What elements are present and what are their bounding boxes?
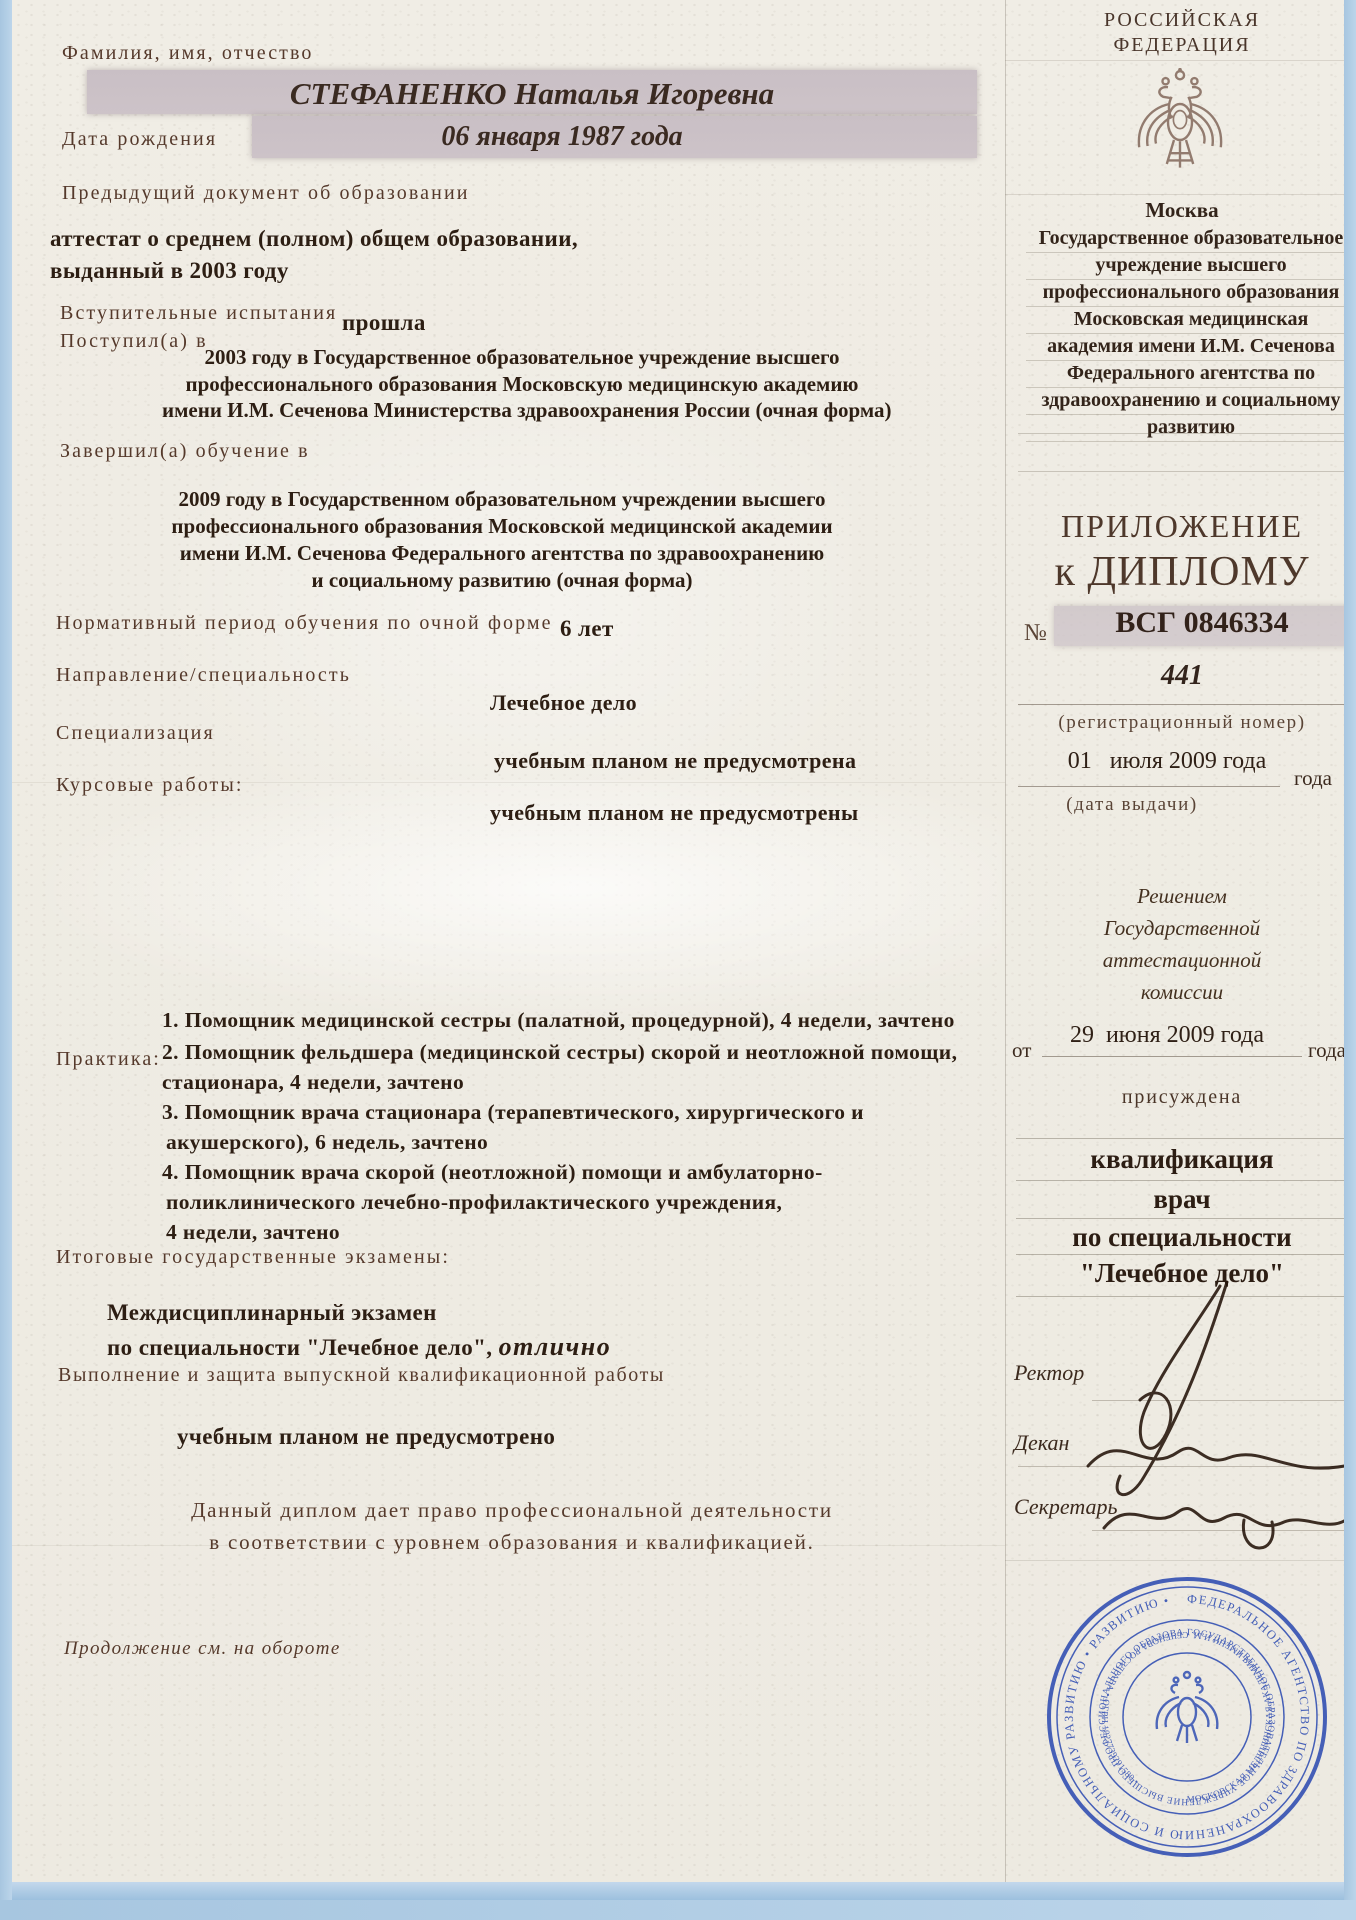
- scan-edge-bottom-strip: [0, 1900, 1356, 1920]
- graduation-line: профессионального образования Московской…: [122, 513, 882, 540]
- graduation-line: 2009 году в Государственном образователь…: [122, 486, 882, 513]
- decision-line3: аттестационной: [1012, 948, 1352, 973]
- signatures-overlay: [992, 1280, 1356, 1570]
- institution-block: Государственное образовательное учрежден…: [1026, 226, 1356, 442]
- graduation-line: имени И.М. Сеченова Федерального агентст…: [122, 540, 882, 567]
- issue-date: 01 июля 2009 года: [1002, 748, 1332, 775]
- panel-line-top-right: [1005, 60, 1344, 61]
- qualification-line2: врач: [1012, 1184, 1352, 1215]
- number-sign: №: [1024, 620, 1047, 647]
- practice-line-4: 3. Помощник врача стационара (терапевтич…: [162, 1100, 864, 1125]
- rector-signature: [1140, 1286, 1220, 1448]
- specialty-value: Лечебное дело: [490, 690, 637, 716]
- previous-education-label: Предыдущий документ об образовании: [62, 182, 470, 205]
- decision-line2: Государственной: [1012, 916, 1352, 941]
- previous-education-line2: выданный в 2003 году: [50, 258, 289, 284]
- document-page: Фамилия, имя, отчество СТЕФАНЕНКО Наталь…: [12, 0, 1344, 1900]
- issue-date-suffix: года: [1294, 766, 1332, 791]
- decision-line1: Решением: [1012, 884, 1352, 909]
- institution-line: учреждение высшего: [1026, 253, 1356, 280]
- practice-line-6: 4. Помощник врача скорой (неотложной) по…: [162, 1160, 823, 1185]
- study-period-value: 6 лет: [560, 616, 614, 642]
- graduation-text: 2009 году в Государственном образователь…: [122, 486, 882, 594]
- institution-line: Московская медицинская: [1026, 307, 1356, 334]
- practice-line-2: 2. Помощник фельдшера (медицинской сестр…: [162, 1040, 957, 1065]
- scan-edge-left: [0, 0, 12, 1920]
- country-header: РОССИЙСКАЯ ФЕДЕРАЦИЯ: [1012, 8, 1352, 58]
- rights-statement-line2: в соответствии с уровнем образования и к…: [112, 1530, 912, 1555]
- column-divider: [1005, 0, 1006, 1900]
- graduation-label: Завершил(а) обучение в: [60, 440, 310, 463]
- rights-statement-line1: Данный диплом дает право профессионально…: [112, 1498, 912, 1523]
- admission-text: 2003 году в Государственное образователь…: [162, 344, 882, 424]
- specialty-label: Направление/специальность: [56, 664, 351, 687]
- institution-line: академия имени И.М. Сеченова: [1026, 334, 1356, 361]
- previous-education-line1: аттестат о среднем (полном) общем образо…: [50, 226, 578, 252]
- city-name: Москва: [1012, 198, 1352, 223]
- qualification-line1: квалификация: [1012, 1144, 1352, 1175]
- secretary-signature: [1104, 1509, 1346, 1528]
- qualification-line3: по специальности: [1012, 1222, 1352, 1253]
- fio-label: Фамилия, имя, отчество: [62, 42, 314, 65]
- rector-signature-stroke: [1117, 1282, 1227, 1495]
- coat-of-arms-icon: [1120, 66, 1240, 190]
- continuation-note: Продолжение см. на обороте: [64, 1638, 341, 1660]
- study-period-label: Нормативный период обучения по очной фор…: [56, 612, 553, 635]
- country-line2: ФЕДЕРАЦИЯ: [1012, 33, 1352, 58]
- admission-line: имени И.М. Сеченова Министерства здравоо…: [162, 397, 882, 424]
- exam-grade: отлично: [499, 1332, 612, 1361]
- birth-date-label: Дата рождения: [62, 128, 217, 151]
- supplement-title-line2: к ДИПЛОМУ: [1012, 548, 1352, 596]
- svg-text:МОСКОВСКАЯ МЕДИЦИНСКАЯ АКАДЕМИ: МОСКОВСКАЯ МЕДИЦИНСКАЯ АКАДЕМИЯ ИМЕНИ И.…: [1100, 1630, 1274, 1804]
- decision-line4: комиссии: [1012, 980, 1352, 1005]
- practice-line-7: поликлинического лечебно-профилактическо…: [166, 1190, 782, 1215]
- decision-date-prefix: от: [1012, 1038, 1031, 1063]
- dean-signature: [1088, 1448, 1354, 1468]
- exam-line-1: Междисциплинарный экзамен: [107, 1300, 437, 1326]
- specialization-value: учебным планом не предусмотрена: [494, 748, 856, 774]
- decision-date-rule: [1042, 1056, 1302, 1057]
- institution-line: Федерального агентства по: [1026, 361, 1356, 388]
- stamp-eagle-icon: [1157, 1672, 1218, 1743]
- institution-line: профессионального образования: [1026, 280, 1356, 307]
- state-exams-label: Итоговые государственные экзамены:: [56, 1246, 450, 1269]
- decision-date: 29 июня 2009 года: [1002, 1022, 1332, 1049]
- exam-line-2: по специальности "Лечебное дело", отличн…: [107, 1332, 611, 1362]
- registration-number: 441: [1012, 660, 1352, 692]
- person-name: СТЕФАНЕНКО Наталья Игоревна: [87, 76, 977, 112]
- coursework-value: учебным планом не предусмотрены: [490, 800, 859, 826]
- admission-line: профессионального образования Московскую…: [162, 371, 882, 398]
- specialization-label: Специализация: [56, 722, 215, 745]
- institution-line: развитию: [1026, 415, 1356, 442]
- practice-line-1: 1. Помощник медицинской сестры (палатной…: [162, 1008, 955, 1033]
- blank-rule-2: [1018, 471, 1350, 472]
- stamp-inner-ring-text: МОСКОВСКАЯ МЕДИЦИНСКАЯ АКАДЕМИЯ ИМЕНИ И.…: [1100, 1630, 1274, 1804]
- decision-date-suffix: года: [1308, 1038, 1346, 1063]
- reg-number-rule: [1018, 704, 1350, 705]
- qual-rule-4: [1016, 1254, 1352, 1255]
- practice-label: Практика:: [56, 1048, 161, 1071]
- qual-rule-2: [1016, 1180, 1352, 1181]
- coursework-label: Курсовые работы:: [56, 774, 244, 797]
- thesis-label: Выполнение и защита выпускной квалификац…: [58, 1364, 665, 1387]
- practice-line-5: акушерского), 6 недель, зачтено: [166, 1130, 488, 1155]
- scan-edge-bottom: [12, 1882, 1344, 1900]
- supplement-title-line1: ПРИЛОЖЕНИЕ: [1012, 508, 1352, 545]
- entrance-exams-value: прошла: [342, 310, 426, 336]
- reg-number-label: (регистрационный номер): [1012, 712, 1352, 734]
- issue-date-rule: [1018, 786, 1280, 787]
- thesis-value: учебным планом не предусмотрено: [177, 1424, 555, 1450]
- issue-date-label: (дата выдачи): [962, 794, 1302, 816]
- graduation-line: и социальному развитию (очная форма): [122, 567, 882, 594]
- institution-line: здравоохранению и социальному: [1026, 388, 1356, 415]
- awarded-label: присуждена: [1012, 1086, 1352, 1109]
- country-line1: РОССИЙСКАЯ: [1012, 8, 1352, 33]
- blank-rule-1: [1018, 433, 1350, 434]
- institution-line: Государственное образовательное: [1026, 226, 1356, 253]
- scan-edge-right: [1344, 0, 1356, 1920]
- diploma-number: ВСГ 0846334: [1054, 606, 1350, 640]
- practice-line-8: 4 недели, зачтено: [166, 1220, 340, 1245]
- admission-line: 2003 году в Государственное образователь…: [162, 344, 882, 371]
- practice-line-3: стационара, 4 недели, зачтено: [162, 1070, 464, 1095]
- birth-date-value: 06 января 1987 года: [252, 121, 872, 153]
- scanned-diploma-supplement: { "person": { "fio_label": "Фамилия, имя…: [0, 0, 1356, 1920]
- exam-specialty-text: по специальности "Лечебное дело",: [107, 1335, 492, 1360]
- qual-rule-1: [1016, 1138, 1352, 1139]
- entrance-exams-label: Вступительные испытания: [60, 302, 337, 325]
- qual-rule-3: [1016, 1218, 1352, 1219]
- round-stamp: ФЕДЕРАЛЬНОЕ АГЕНТСТВО ПО ЗДРАВООХРАНЕНИЮ…: [1042, 1572, 1332, 1862]
- panel-line-under-eagle: [1005, 194, 1344, 195]
